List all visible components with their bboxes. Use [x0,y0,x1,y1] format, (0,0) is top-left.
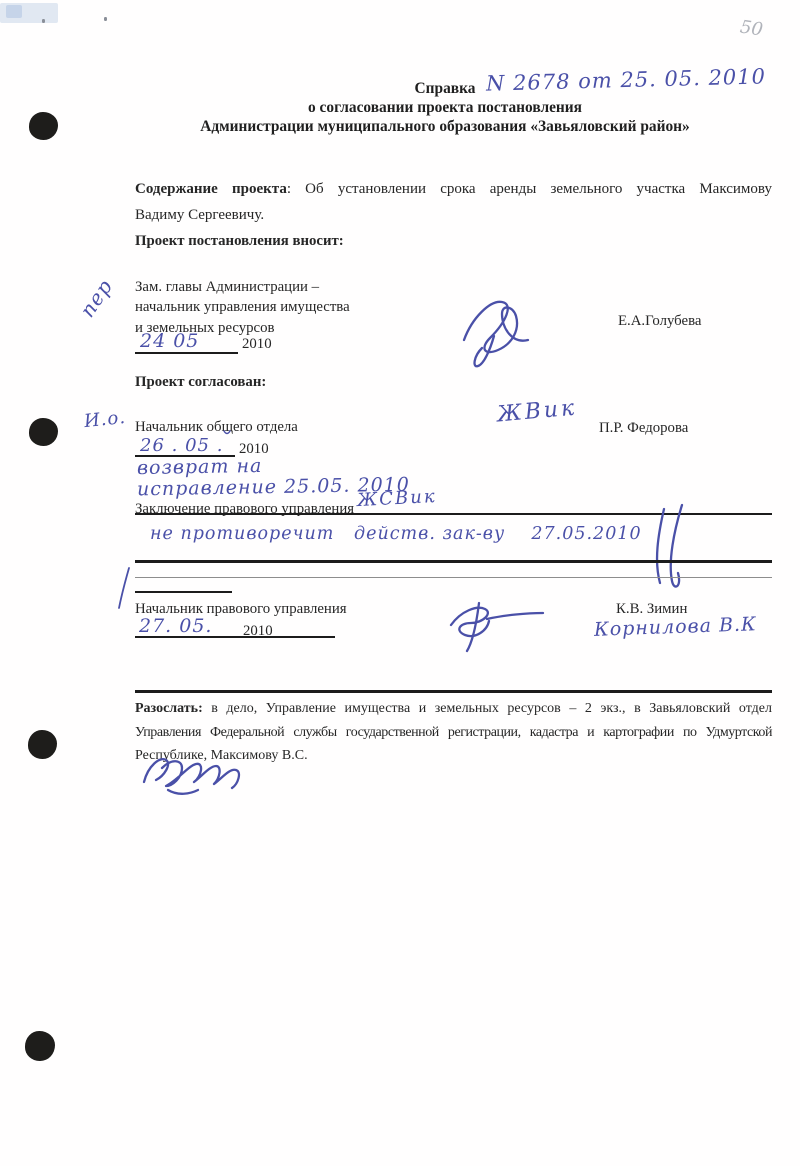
document-subtitle-1: о согласовании проекта постановления [105,98,785,117]
legal-date-handwritten: 27. 05. [139,615,212,637]
project-content-paragraph: Содержание проекта: Об установлении срок… [135,177,772,228]
content-label: Содержание проекта [135,181,287,197]
legal-heading: Заключение правового управления [135,499,354,519]
zimin-signature [443,597,548,655]
insertion-mark [223,429,231,437]
legal-rule-2 [135,560,772,563]
submitter-date-handwritten: 24 05 [140,330,199,352]
acting-mark-handwritten: И.о. [83,407,127,432]
content-line-1-text: : Об установлении срока аренды земельног… [287,181,772,197]
hole-punch-dot [28,730,57,759]
return-note-signature: ЖСВик [357,486,438,511]
submitter-heading: Проект постановления вносит: [135,231,344,251]
distribution-line-1-text: в дело, Управление имущества и земельных… [203,701,772,716]
kornilova-name-handwritten: Корнилова В.К [594,613,757,641]
distribution-label: Разослать: [135,701,203,716]
scan-smudge-inner [6,5,22,18]
legal-rule-3 [135,577,772,578]
agreed-heading: Проект согласован: [135,372,266,392]
scanned-document-page: 50 Справка о согласовании проекта постан… [0,0,800,1166]
margin-slash-mark [116,566,132,610]
date-underline [135,636,335,638]
scan-speck [104,17,107,21]
content-line-1: Содержание проекта: Об установлении срок… [135,177,772,203]
agreed-date-handwritten: 26 . 05 . [140,435,223,456]
distribution-rule [135,690,772,693]
hole-punch-dot [29,112,58,140]
pencil-page-number: 50 [739,17,765,41]
trubacheva-signature [138,748,253,800]
hole-punch-dot [29,418,58,446]
legal-conclusion-handwritten: не противоречит действ. зак-ву 27.05.201… [150,524,642,544]
margin-mark-handwritten: пер [75,274,118,321]
golubeva-signature [450,292,560,370]
submitter-position-line-1: Зам. главы Администрации – [135,277,350,297]
fedorova-signature-handwritten: ЖВик [496,396,578,428]
return-note-line-1: возврат на [137,455,263,479]
scan-speck [42,19,45,23]
submitter-position-block: Зам. главы Администрации – начальник упр… [135,277,350,338]
submitter-date-year: 2010 [242,334,272,354]
agreed-name: П.Р. Федорова [599,418,688,438]
content-line-2: Вадиму Сергеевичу. [135,203,772,229]
legal-short-underline [135,591,232,593]
date-underline [135,352,238,354]
distribution-line-1: Разослать: в дело, Управление имущества … [135,697,772,721]
document-subtitle-2: Администрации муниципального образования… [105,117,785,136]
hole-punch-dot [25,1031,55,1061]
legal-date-year: 2010 [243,621,273,641]
submitter-name: Е.А.Голубева [618,311,701,331]
submitter-position-line-2: начальник управления имущества [135,297,350,317]
distribution-line-2: Управления Федеральной службы государств… [135,721,772,745]
